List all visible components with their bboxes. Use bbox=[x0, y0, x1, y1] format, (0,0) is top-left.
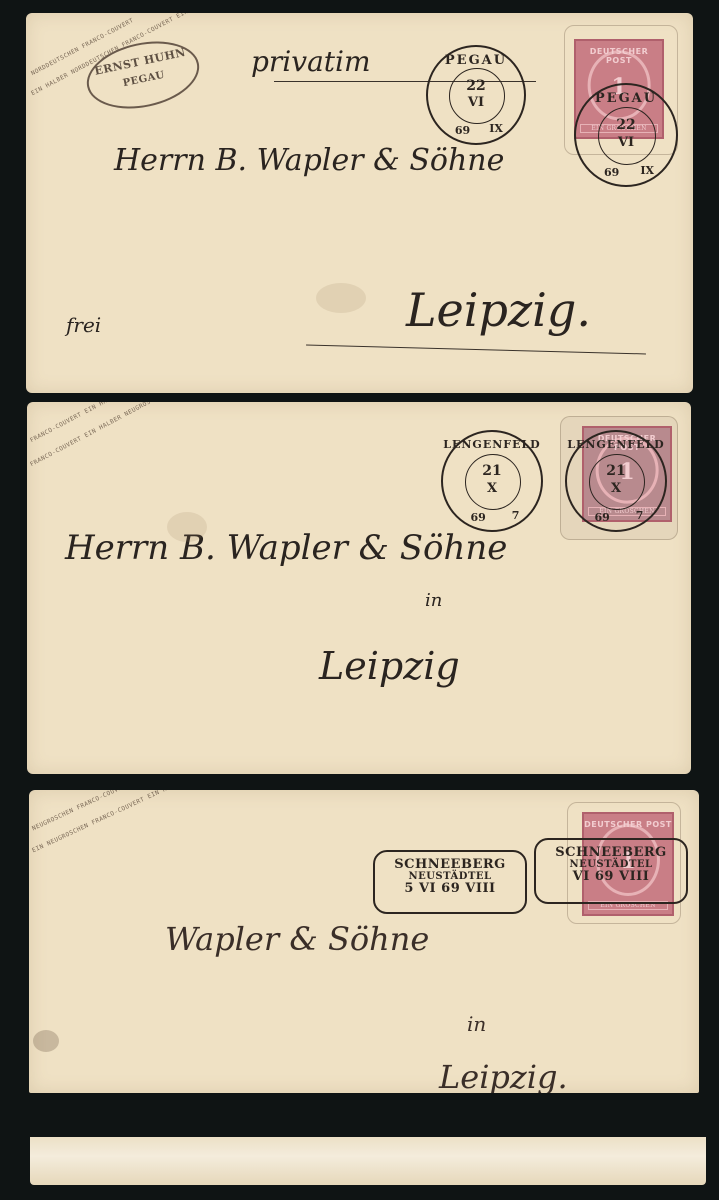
postmark-circular: PEGAU 22 VI 69 IX bbox=[426, 45, 526, 145]
stamp-cancel-box: SCHNEEBERG NEUSTÄDTEL VI 69 VIII bbox=[534, 838, 688, 904]
cancel-month: VI bbox=[576, 135, 676, 150]
address-in: in bbox=[467, 1012, 486, 1036]
postmark-town: PEGAU bbox=[428, 53, 524, 68]
cancel-line1: SCHNEEBERG bbox=[536, 846, 686, 860]
stamp-cancel: PEGAU 22 VI 69 IX bbox=[574, 83, 678, 187]
address-line: Wapler & Söhne bbox=[165, 920, 429, 958]
postmark-month: VI bbox=[428, 95, 524, 110]
postmark-line3: 5 VI 69 VIII bbox=[375, 882, 525, 896]
postmark-year: 69 bbox=[455, 124, 470, 137]
stamp-cancel: LENGENFELD 21 X 69 7 bbox=[565, 430, 667, 532]
postmark-hour: IX bbox=[489, 122, 503, 135]
cancel-town: LENGENFELD bbox=[567, 438, 665, 451]
cancel-year: 69 bbox=[594, 511, 609, 524]
stamp-top-text: DEUTSCHER POST bbox=[576, 47, 662, 65]
envelope-lengenfeld: FRANCO-COUVERT EIN HALBER FRANCO-COUVERT… bbox=[27, 402, 691, 774]
postmark-year: 69 bbox=[470, 511, 485, 524]
address-city: Leipzig bbox=[319, 644, 460, 688]
cancel-day: 21 bbox=[567, 463, 665, 479]
cancel-day: 22 bbox=[576, 117, 676, 133]
address-city: Leipzig. bbox=[406, 283, 591, 337]
postmark-town: LENGENFELD bbox=[443, 438, 541, 451]
cancel-hour: 7 bbox=[636, 509, 644, 522]
envelope-pegau: NORDDEUTSCHEN FRANCO-COUVERT EIN HALBER … bbox=[26, 13, 693, 393]
postmark-box: SCHNEEBERG NEUSTÄDTEL 5 VI 69 VIII bbox=[373, 850, 527, 914]
cancel-town: PEGAU bbox=[576, 91, 676, 106]
postmark-day: 22 bbox=[428, 78, 524, 94]
address-line: Herrn B. Wapler & Söhne bbox=[65, 528, 507, 568]
postmark-day: 21 bbox=[443, 463, 541, 479]
endorsement: privatim bbox=[251, 45, 371, 78]
envelope-schneeberg: NEUGROSCHEN FRANCO-COUVERT EIN NEUGROSCH… bbox=[29, 790, 699, 1093]
stamp-top-text: DEUTSCHER POST bbox=[584, 820, 672, 829]
franking-note: frei bbox=[66, 313, 101, 337]
smudge bbox=[33, 1030, 59, 1052]
postmark-circular: LENGENFELD 21 X 69 7 bbox=[441, 430, 543, 532]
postmark-month: X bbox=[443, 481, 541, 496]
city-underline bbox=[306, 345, 646, 355]
preprint-text: FRANCO-COUVERT EIN HALBER NEUGROSCHEN bbox=[29, 402, 167, 468]
address-city: Leipzig. bbox=[439, 1058, 568, 1093]
smudge bbox=[316, 283, 366, 313]
cancel-month: X bbox=[567, 481, 665, 496]
address-line: Herrn B. Wapler & Söhne bbox=[114, 143, 504, 178]
envelope-bottom-flap bbox=[30, 1137, 706, 1185]
postmark-line1: SCHNEEBERG bbox=[375, 858, 525, 872]
cancel-hour: IX bbox=[640, 164, 654, 177]
cancel-year: 69 bbox=[604, 166, 619, 179]
cancel-line3: VI 69 VIII bbox=[536, 870, 686, 884]
address-in: in bbox=[425, 590, 442, 611]
sender-cachet: ERNST HUHN PEGAU bbox=[81, 32, 206, 118]
postmark-hour: 7 bbox=[512, 509, 520, 522]
smudge bbox=[167, 512, 207, 542]
